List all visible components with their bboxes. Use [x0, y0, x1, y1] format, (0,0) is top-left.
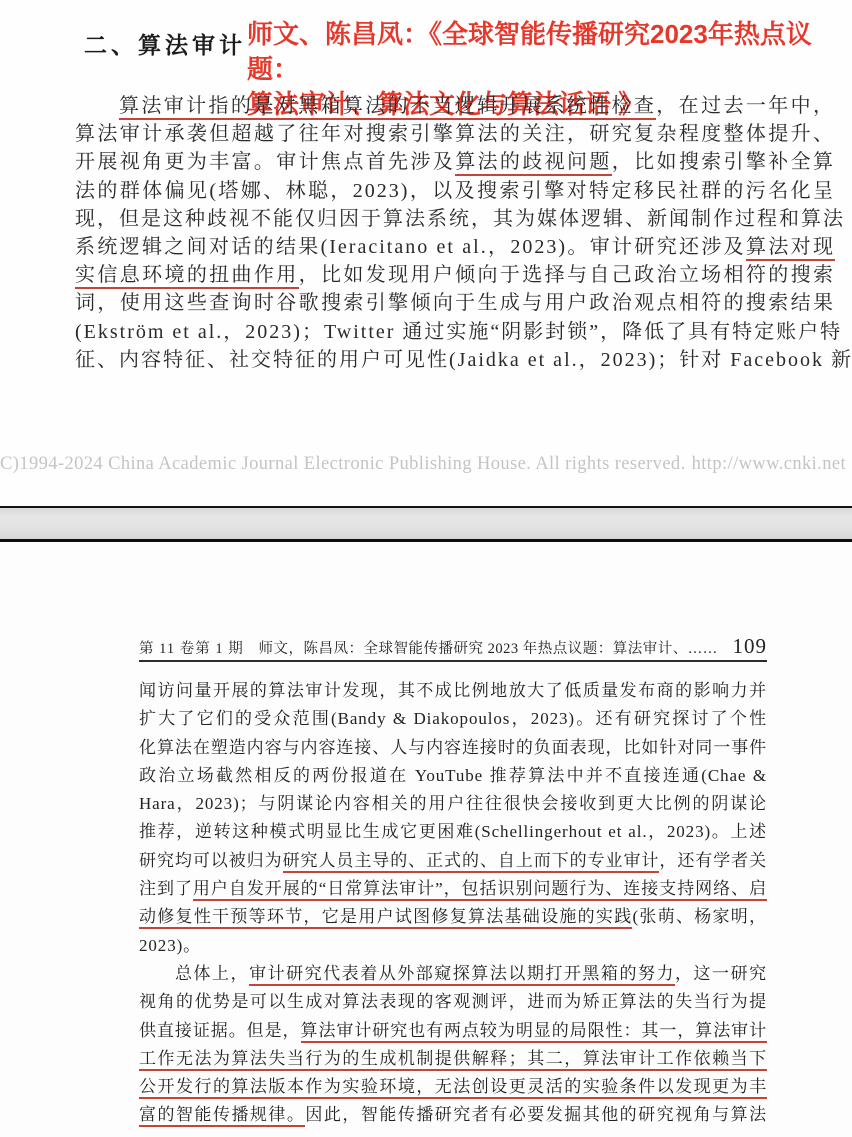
- section-heading: 二、算法审计: [84, 27, 246, 60]
- text-line: 视角的优势是可以生成对算法表现的客观测评，进而为矫正算法的失当行为提: [139, 988, 767, 1016]
- page2-running-header: 第 11 卷第 1 期 师文，陈昌凤：全球智能传播研究 2023 年热点议题：算…: [139, 634, 767, 662]
- text-segment: 征、内容特征、社交特征的用户可见性(Jaidka et al.，2023)；针对…: [75, 349, 852, 371]
- text-segment: 开展视角更为丰富。审计焦点首先涉及: [75, 151, 455, 173]
- page-gap-separator: [0, 506, 852, 542]
- text-line: 实信息环境的扭曲作用，比如发现用户倾向于选择与自己政治立场相符的搜索: [75, 261, 835, 289]
- text-line: 工作无法为算法失当行为的生成机制提供解释；其二，算法审计工作依赖当下: [139, 1045, 767, 1073]
- text-segment: 闻访问量开展的算法审计发现，其不成比例地放大了低质量发布商的影响力并: [139, 681, 767, 700]
- text-line: 现，但是这种歧视不能仅归因于算法系统，其为媒体逻辑、新闻制作过程和算法: [75, 205, 835, 233]
- text-line: 系统逻辑之间对话的结果(Ieracitano et al.，2023)。审计研究…: [75, 233, 835, 261]
- running-title: 师文，陈昌凤：全球智能传播研究 2023 年热点议题：算法审计、……: [244, 637, 733, 658]
- text-line: 扩大了它们的受众范围(Bandy & Diakopoulos，2023)。还有研…: [139, 705, 767, 733]
- text-segment: 政治立场截然相反的两份报道在 YouTube 推荐算法中并不直接连通(Chae …: [139, 766, 767, 785]
- text-line: 化算法在塑造内容与内容连接、人与内容连接时的负面表现，比如针对同一事件: [139, 734, 767, 762]
- text-segment: 供直接证据。但是，: [139, 1021, 301, 1040]
- underlined-text: 研究人员主导的、正式的、自上而下的专业审计: [283, 851, 660, 873]
- text-line: 征、内容特征、社交特征的用户可见性(Jaidka et al.，2023)；针对…: [75, 346, 835, 374]
- underlined-text: 审计研究代表着从外部窥探算法以期打开黑箱的努力: [249, 964, 675, 986]
- underlined-text: 算法的歧视问题: [455, 151, 612, 176]
- copyright-watermark: C)1994-2024 China Academic Journal Elect…: [0, 454, 846, 475]
- text-segment: 法的群体偏见(塔娜、林聪，2023)，以及搜索引擎对特定移民社群的污名化呈: [75, 180, 835, 202]
- text-line: Hara，2023)；与阴谋论内容相关的用户往往很快会接收到更大比例的阴谋论: [139, 790, 767, 818]
- underlined-text: 工作无法为算法失当行为的生成机制提供解释；其二，算法审计工作依赖当下: [139, 1049, 767, 1071]
- text-segment: ，在过去一年中，: [656, 95, 835, 117]
- text-segment: ，比如搜索引擎补全算: [612, 151, 835, 173]
- page-2: 第 11 卷第 1 期 师文，陈昌凤：全球智能传播研究 2023 年热点议题：算…: [0, 542, 852, 1137]
- underlined-text: 公开发行的算法版本作为实验环境，无法创设更灵活的实验条件以发现更为丰: [139, 1077, 767, 1099]
- page2-paragraphs: 闻访问量开展的算法审计发现，其不成比例地放大了低质量发布商的影响力并扩大了它们的…: [139, 677, 767, 1130]
- text-line: 推荐，逆转这种模式明显比生成它更困难(Schellingerhout et al…: [139, 818, 767, 846]
- text-segment: 总体上，: [175, 964, 249, 983]
- text-line: 闻访问量开展的算法审计发现，其不成比例地放大了低质量发布商的影响力并: [139, 677, 767, 705]
- text-segment: 词，使用这些查询时谷歌搜索引擎倾向于生成与用户政治观点相符的搜索结果: [75, 292, 835, 314]
- text-line: 动修复性干预等环节，它是用户试图修复算法基础设施的实践(张萌、杨家明，: [139, 903, 767, 931]
- text-line: 2023)。: [139, 932, 767, 960]
- text-segment: 视角的优势是可以生成对算法表现的客观测评，进而为矫正算法的失当行为提: [139, 992, 767, 1011]
- page1-paragraph: 算法审计指的是对黑箱算法的不当逻辑开展系统性检查，在过去一年中，算法审计承袭但超…: [75, 92, 835, 374]
- underlined-text: 动修复性干预等环节，它是用户试图修复算法基础设施的实践: [139, 907, 632, 929]
- text-line: 注到了用户自发开展的“日常算法审计”，包括识别问题行为、连接支持网络、启: [139, 875, 767, 903]
- underlined-text: 算法对现: [746, 236, 835, 261]
- underlined-text: 算法审计研究也有两点较为明显的局限性：其一，算法审计: [301, 1021, 768, 1043]
- annotation-title-line1: 师文、陈昌凤：《全球智能传播研究2023年热点议题：: [247, 17, 847, 87]
- text-segment: 注到了: [139, 879, 193, 898]
- text-segment: (Ekström et al.，2023)；Twitter 通过实施“阴影封锁”…: [75, 321, 842, 343]
- text-segment: ，比如发现用户倾向于选择与自己政治立场相符的搜索: [299, 264, 835, 286]
- page-number: 109: [733, 634, 768, 659]
- text-segment: 系统逻辑之间对话的结果(Ieracitano et al.，2023)。审计研究…: [75, 236, 746, 258]
- text-line: 供直接证据。但是，算法审计研究也有两点较为明显的局限性：其一，算法审计: [139, 1017, 767, 1045]
- text-segment: Hara，2023)；与阴谋论内容相关的用户往往很快会接收到更大比例的阴谋论: [139, 794, 767, 813]
- volume-issue: 第 11 卷第 1 期: [139, 637, 244, 658]
- watermark-url: http://www.cnki.net: [692, 454, 846, 475]
- text-line: 研究均可以被归为研究人员主导的、正式的、自上而下的专业审计，还有学者关: [139, 847, 767, 875]
- text-line: 词，使用这些查询时谷歌搜索引擎倾向于生成与用户政治观点相符的搜索结果: [75, 289, 835, 317]
- text-segment: 推荐，逆转这种模式明显比生成它更困难(Schellingerhout et al…: [139, 822, 767, 841]
- text-segment: 因此，智能传播研究者有必要发掘其他的研究视角与算法: [305, 1105, 767, 1124]
- text-line: 法的群体偏见(塔娜、林聪，2023)，以及搜索引擎对特定移民社群的污名化呈: [75, 177, 835, 205]
- text-segment: ，还有学者关: [659, 851, 767, 870]
- text-line: (Ekström et al.，2023)；Twitter 通过实施“阴影封锁”…: [75, 318, 835, 346]
- text-segment: 2023)。: [139, 936, 201, 955]
- text-line: 富的智能传播规律。因此，智能传播研究者有必要发掘其他的研究视角与算法: [139, 1101, 767, 1129]
- text-line: 开展视角更为丰富。审计焦点首先涉及算法的歧视问题，比如搜索引擎补全算: [75, 148, 835, 176]
- text-segment: 扩大了它们的受众范围(Bandy & Diakopoulos，2023)。还有研…: [139, 709, 767, 728]
- watermark-text: C)1994-2024 China Academic Journal Elect…: [0, 454, 686, 475]
- text-segment: 化算法在塑造内容与内容连接、人与内容连接时的负面表现，比如针对同一事件: [139, 738, 767, 757]
- text-segment: ，这一研究: [675, 964, 767, 983]
- text-segment: 研究均可以被归为: [139, 851, 283, 870]
- underlined-text: 实信息环境的扭曲作用: [75, 264, 299, 289]
- text-line: 算法审计承袭但超越了往年对搜索引擎算法的关注，研究复杂程度整体提升、: [75, 120, 835, 148]
- text-line: 政治立场截然相反的两份报道在 YouTube 推荐算法中并不直接连通(Chae …: [139, 762, 767, 790]
- text-line: 算法审计指的是对黑箱算法的不当逻辑开展系统性检查，在过去一年中，: [75, 92, 835, 120]
- text-segment: (张萌、杨家明，: [632, 907, 767, 926]
- text-segment: 算法审计承袭但超越了往年对搜索引擎算法的关注，研究复杂程度整体提升、: [75, 123, 835, 145]
- underlined-text: 用户自发开展的“日常算法审计”，包括识别问题行为、连接支持网络、启: [193, 879, 767, 901]
- text-line: 总体上，审计研究代表着从外部窥探算法以期打开黑箱的努力，这一研究: [139, 960, 767, 988]
- page-1: 二、算法审计 师文、陈昌凤：《全球智能传播研究2023年热点议题： 算法审计、算…: [0, 0, 852, 506]
- text-line: 公开发行的算法版本作为实验环境，无法创设更灵活的实验条件以发现更为丰: [139, 1073, 767, 1101]
- underlined-text: 富的智能传播规律。: [139, 1105, 305, 1127]
- underlined-text: 算法审计指的是对黑箱算法的不当逻辑开展系统性检查: [119, 95, 656, 120]
- text-segment: 现，但是这种歧视不能仅归因于算法系统，其为媒体逻辑、新闻制作过程和算法: [75, 208, 845, 230]
